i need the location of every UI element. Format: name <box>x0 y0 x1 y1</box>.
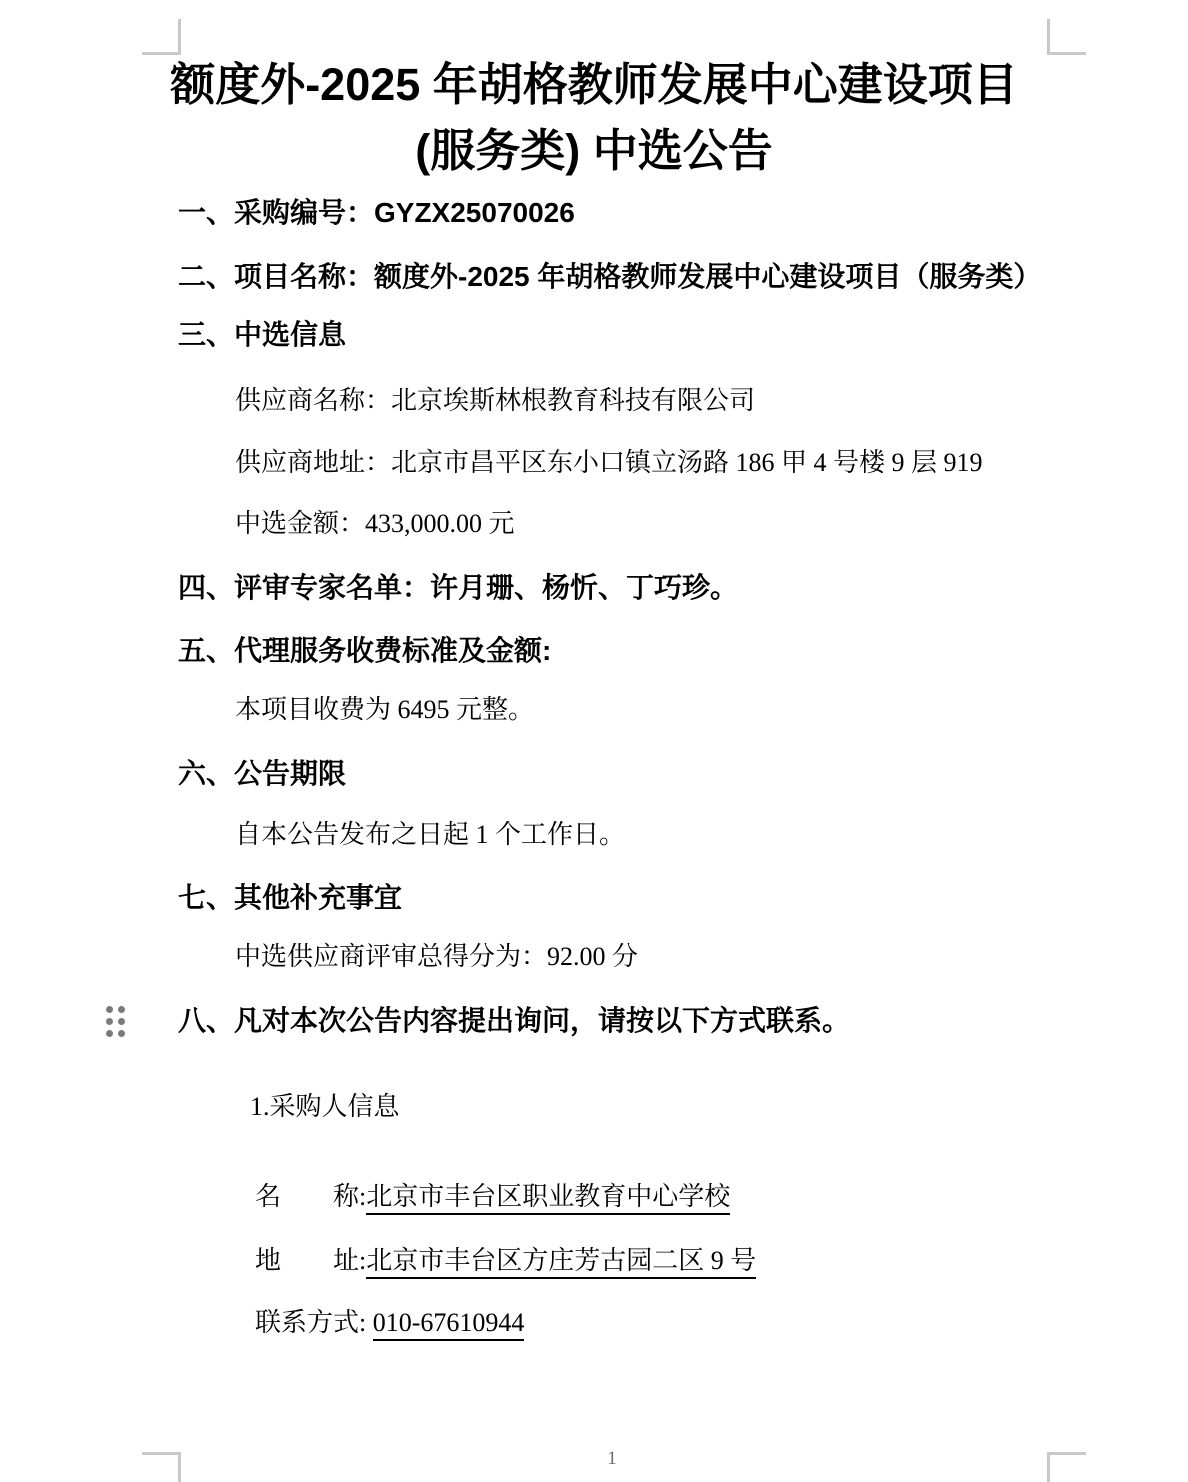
section-heading-3: 三、中选信息 <box>178 317 346 352</box>
award-amount-line: 中选金额：433,000.00 元 <box>235 508 515 541</box>
buyer-name-value: 北京市丰台区职业教育中心学校 <box>366 1182 730 1215</box>
buyer-address-row: 地 址:北京市丰台区方庄芳古园二区 9 号 <box>255 1245 756 1278</box>
margin-mark-top-right-icon <box>1047 19 1086 55</box>
document-title-line-2: (服务类) 中选公告 <box>0 124 1188 178</box>
supplier-name-line: 供应商名称：北京埃斯林根教育科技有限公司 <box>235 385 755 418</box>
supplier-address-line: 供应商地址：北京市昌平区东小口镇立汤路 186 甲 4 号楼 9 层 919 <box>235 447 983 480</box>
review-score-line: 中选供应商评审总得分为：92.00 分 <box>235 941 638 974</box>
section-heading-7: 七、其他补充事宜 <box>178 880 402 915</box>
document-page: 额度外-2025 年胡格教师发展中心建设项目 (服务类) 中选公告 一、采购编号… <box>0 0 1188 1482</box>
section-heading-4: 四、评审专家名单：许月珊、杨忻、丁巧珍。 <box>178 570 738 605</box>
section-heading-8: 八、凡对本次公告内容提出询问，请按以下方式联系。 <box>178 1003 850 1038</box>
section-heading-2: 二、项目名称：额度外-2025 年胡格教师发展中心建设项目（服务类） <box>178 259 1041 294</box>
buyer-section-title: 1.采购人信息 <box>250 1091 400 1124</box>
drag-handle-dot <box>118 1018 125 1025</box>
notice-period-line: 自本公告发布之日起 1 个工作日。 <box>235 819 625 852</box>
buyer-contact-label: 联系方式: <box>255 1308 373 1337</box>
section-heading-1: 一、采购编号：GYZX25070026 <box>178 195 575 230</box>
drag-handle-dot <box>106 1006 113 1013</box>
buyer-name-label: 名 称: <box>255 1182 366 1211</box>
document-title-line-1: 额度外-2025 年胡格教师发展中心建设项目 <box>0 58 1188 112</box>
drag-handle-dot <box>118 1030 125 1037</box>
buyer-address-label: 地 址: <box>255 1246 366 1275</box>
agency-fee-line: 本项目收费为 6495 元整。 <box>235 694 534 727</box>
buyer-contact-value: 010-67610944 <box>373 1308 525 1341</box>
section-heading-6: 六、公告期限 <box>178 756 346 791</box>
section-heading-5: 五、代理服务收费标准及金额: <box>178 633 551 668</box>
buyer-name-row: 名 称:北京市丰台区职业教育中心学校 <box>255 1181 730 1214</box>
buyer-contact-row: 联系方式: 010-67610944 <box>255 1307 524 1340</box>
drag-handle-dot <box>106 1018 113 1025</box>
page-number: 1 <box>0 1448 1188 1470</box>
drag-handle-icon[interactable] <box>106 1006 125 1037</box>
drag-handle-dot <box>106 1030 113 1037</box>
buyer-address-value: 北京市丰台区方庄芳古园二区 9 号 <box>366 1246 756 1279</box>
drag-handle-dot <box>118 1006 125 1013</box>
margin-mark-top-left-icon <box>142 19 181 55</box>
